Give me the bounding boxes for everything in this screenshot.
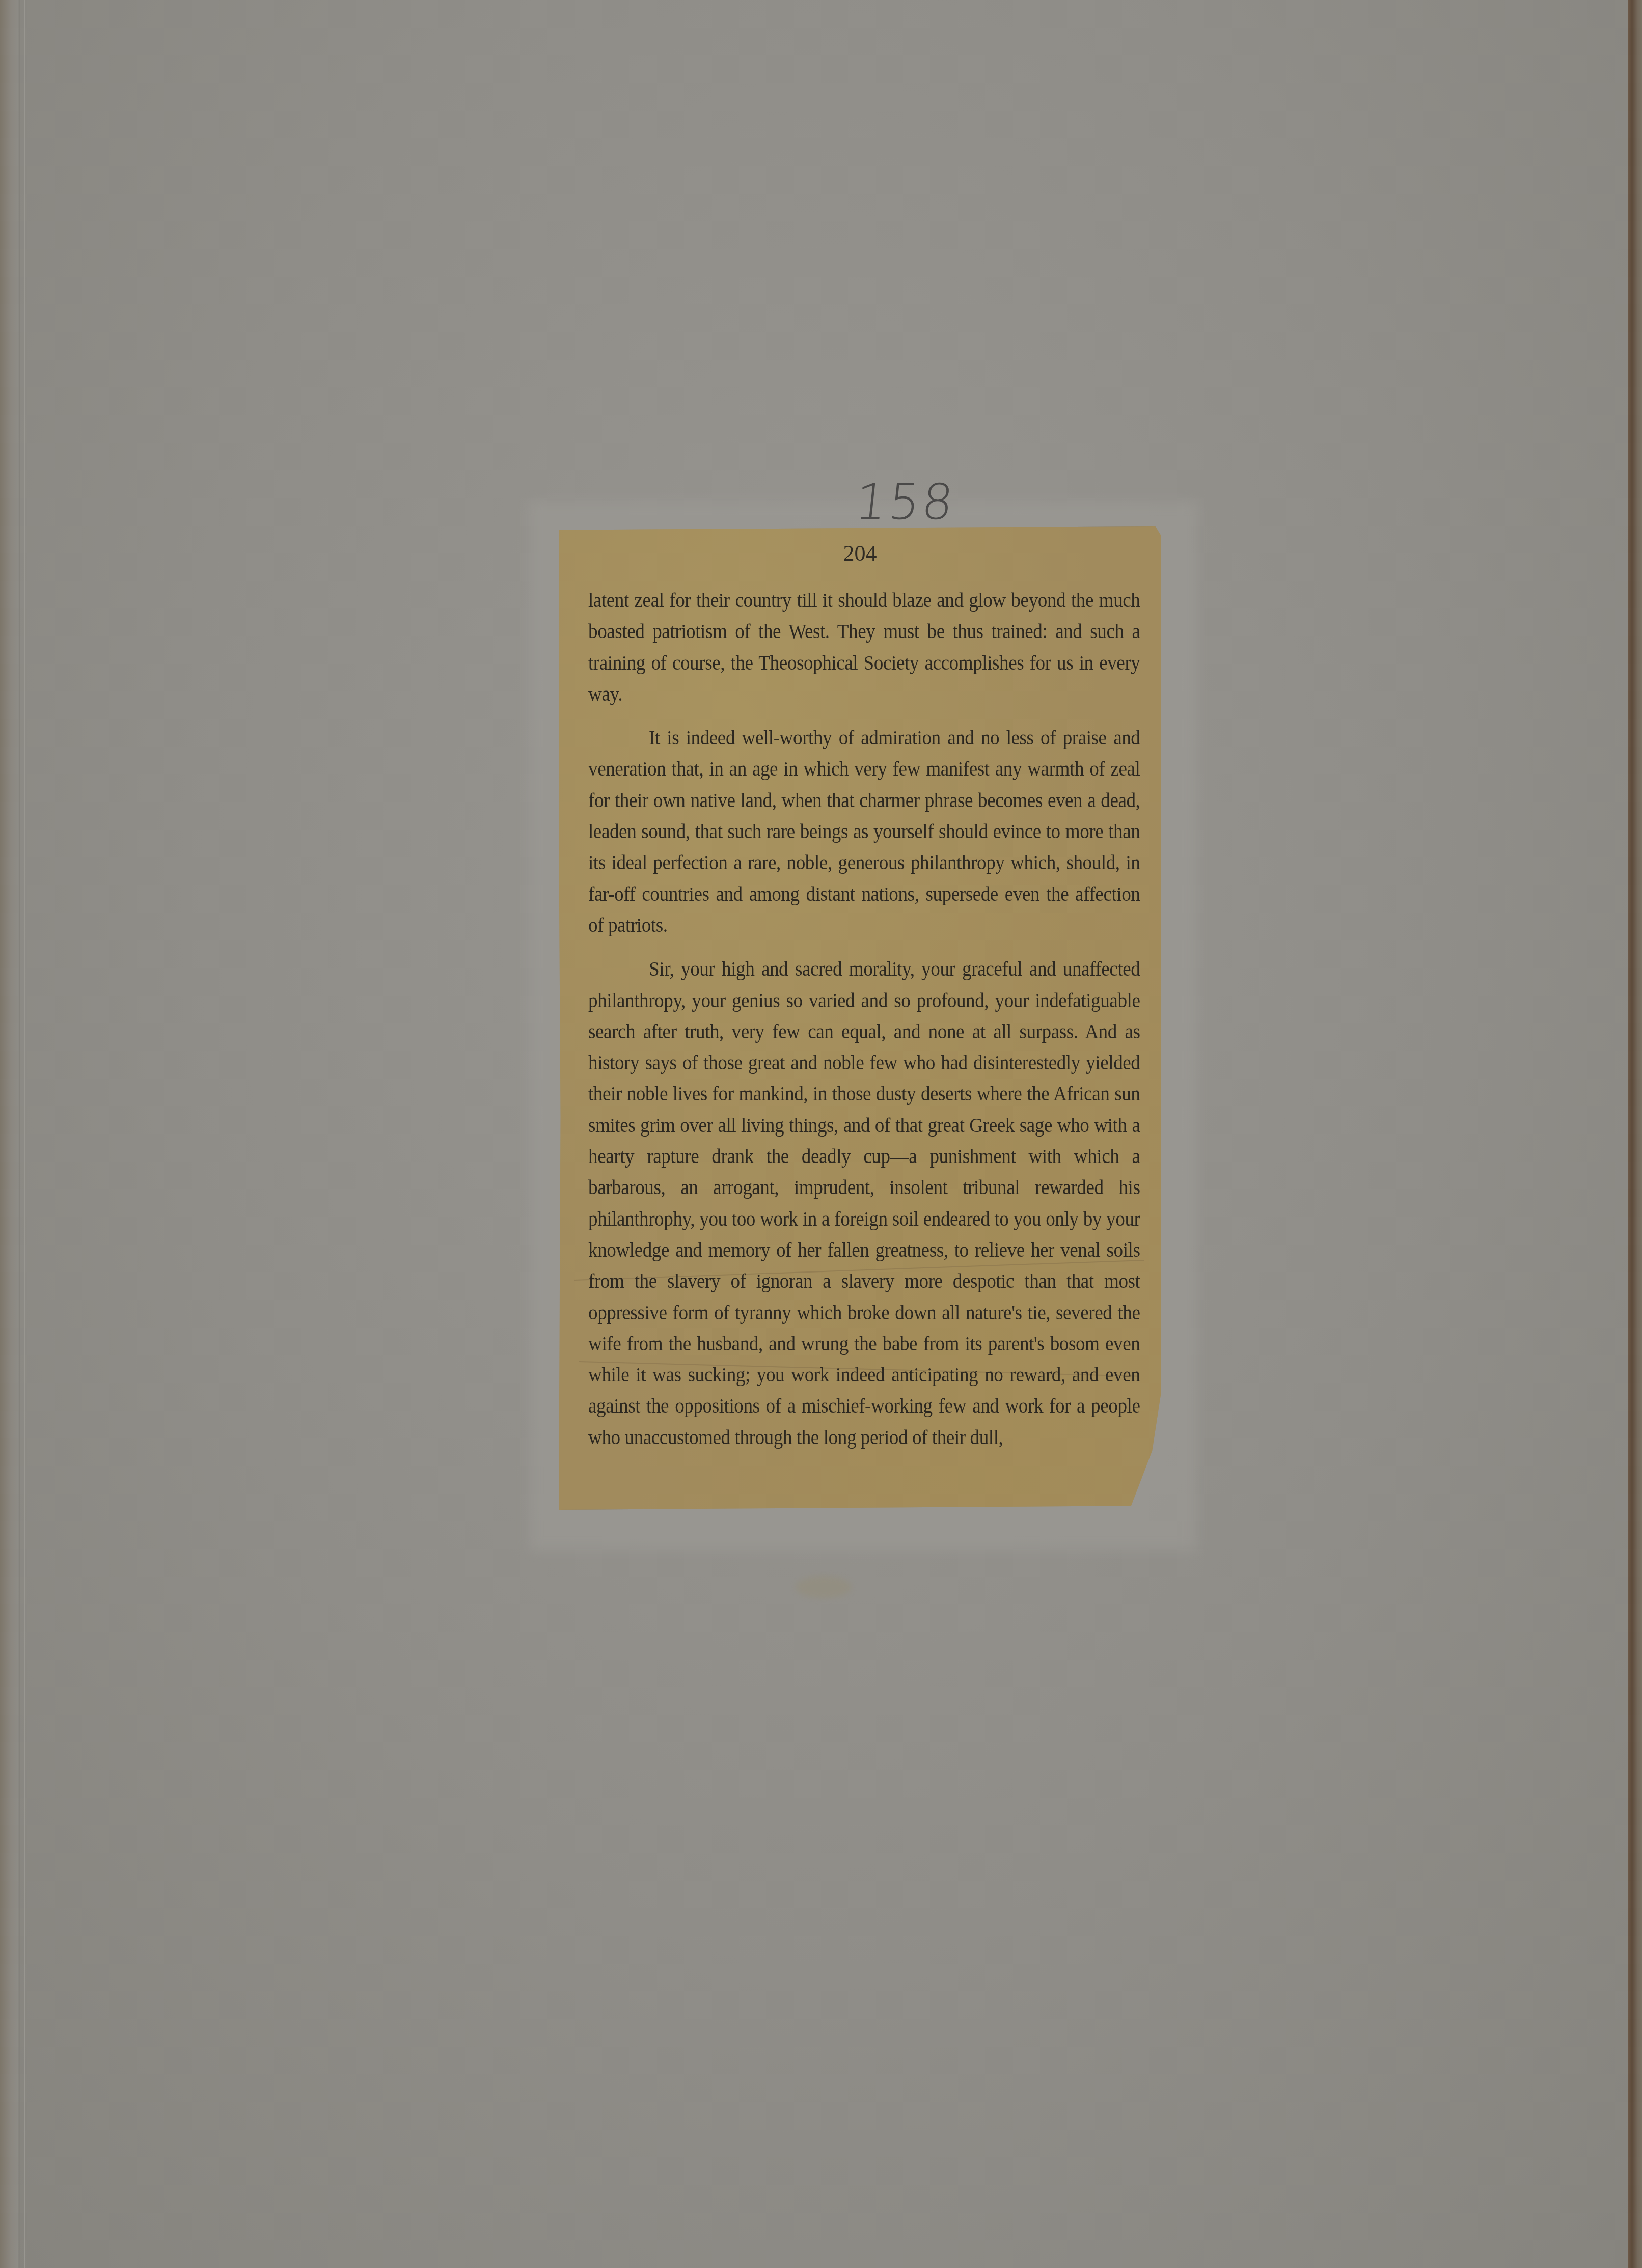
paragraph: Sir, your high and sacred morality, your… (588, 953, 1140, 1453)
paragraph: latent zeal for their country till it sh… (588, 585, 1140, 709)
right-page-edge (1628, 0, 1642, 2268)
left-binding-edge (0, 0, 18, 2268)
paragraph: It is indeed well-worthy of admiration a… (588, 722, 1140, 941)
binding-groove (19, 0, 25, 2268)
handwritten-folio-number: 158 (853, 474, 958, 531)
clipping-body-text: latent zeal for their country till it sh… (588, 585, 1140, 1465)
clipping-page-number: 204 (559, 540, 1161, 566)
newspaper-clipping: 204 latent zeal for their country till i… (559, 526, 1161, 1510)
album-page: 158 204 latent zeal for their country ti… (0, 0, 1642, 2268)
glue-stain (796, 1576, 852, 1598)
